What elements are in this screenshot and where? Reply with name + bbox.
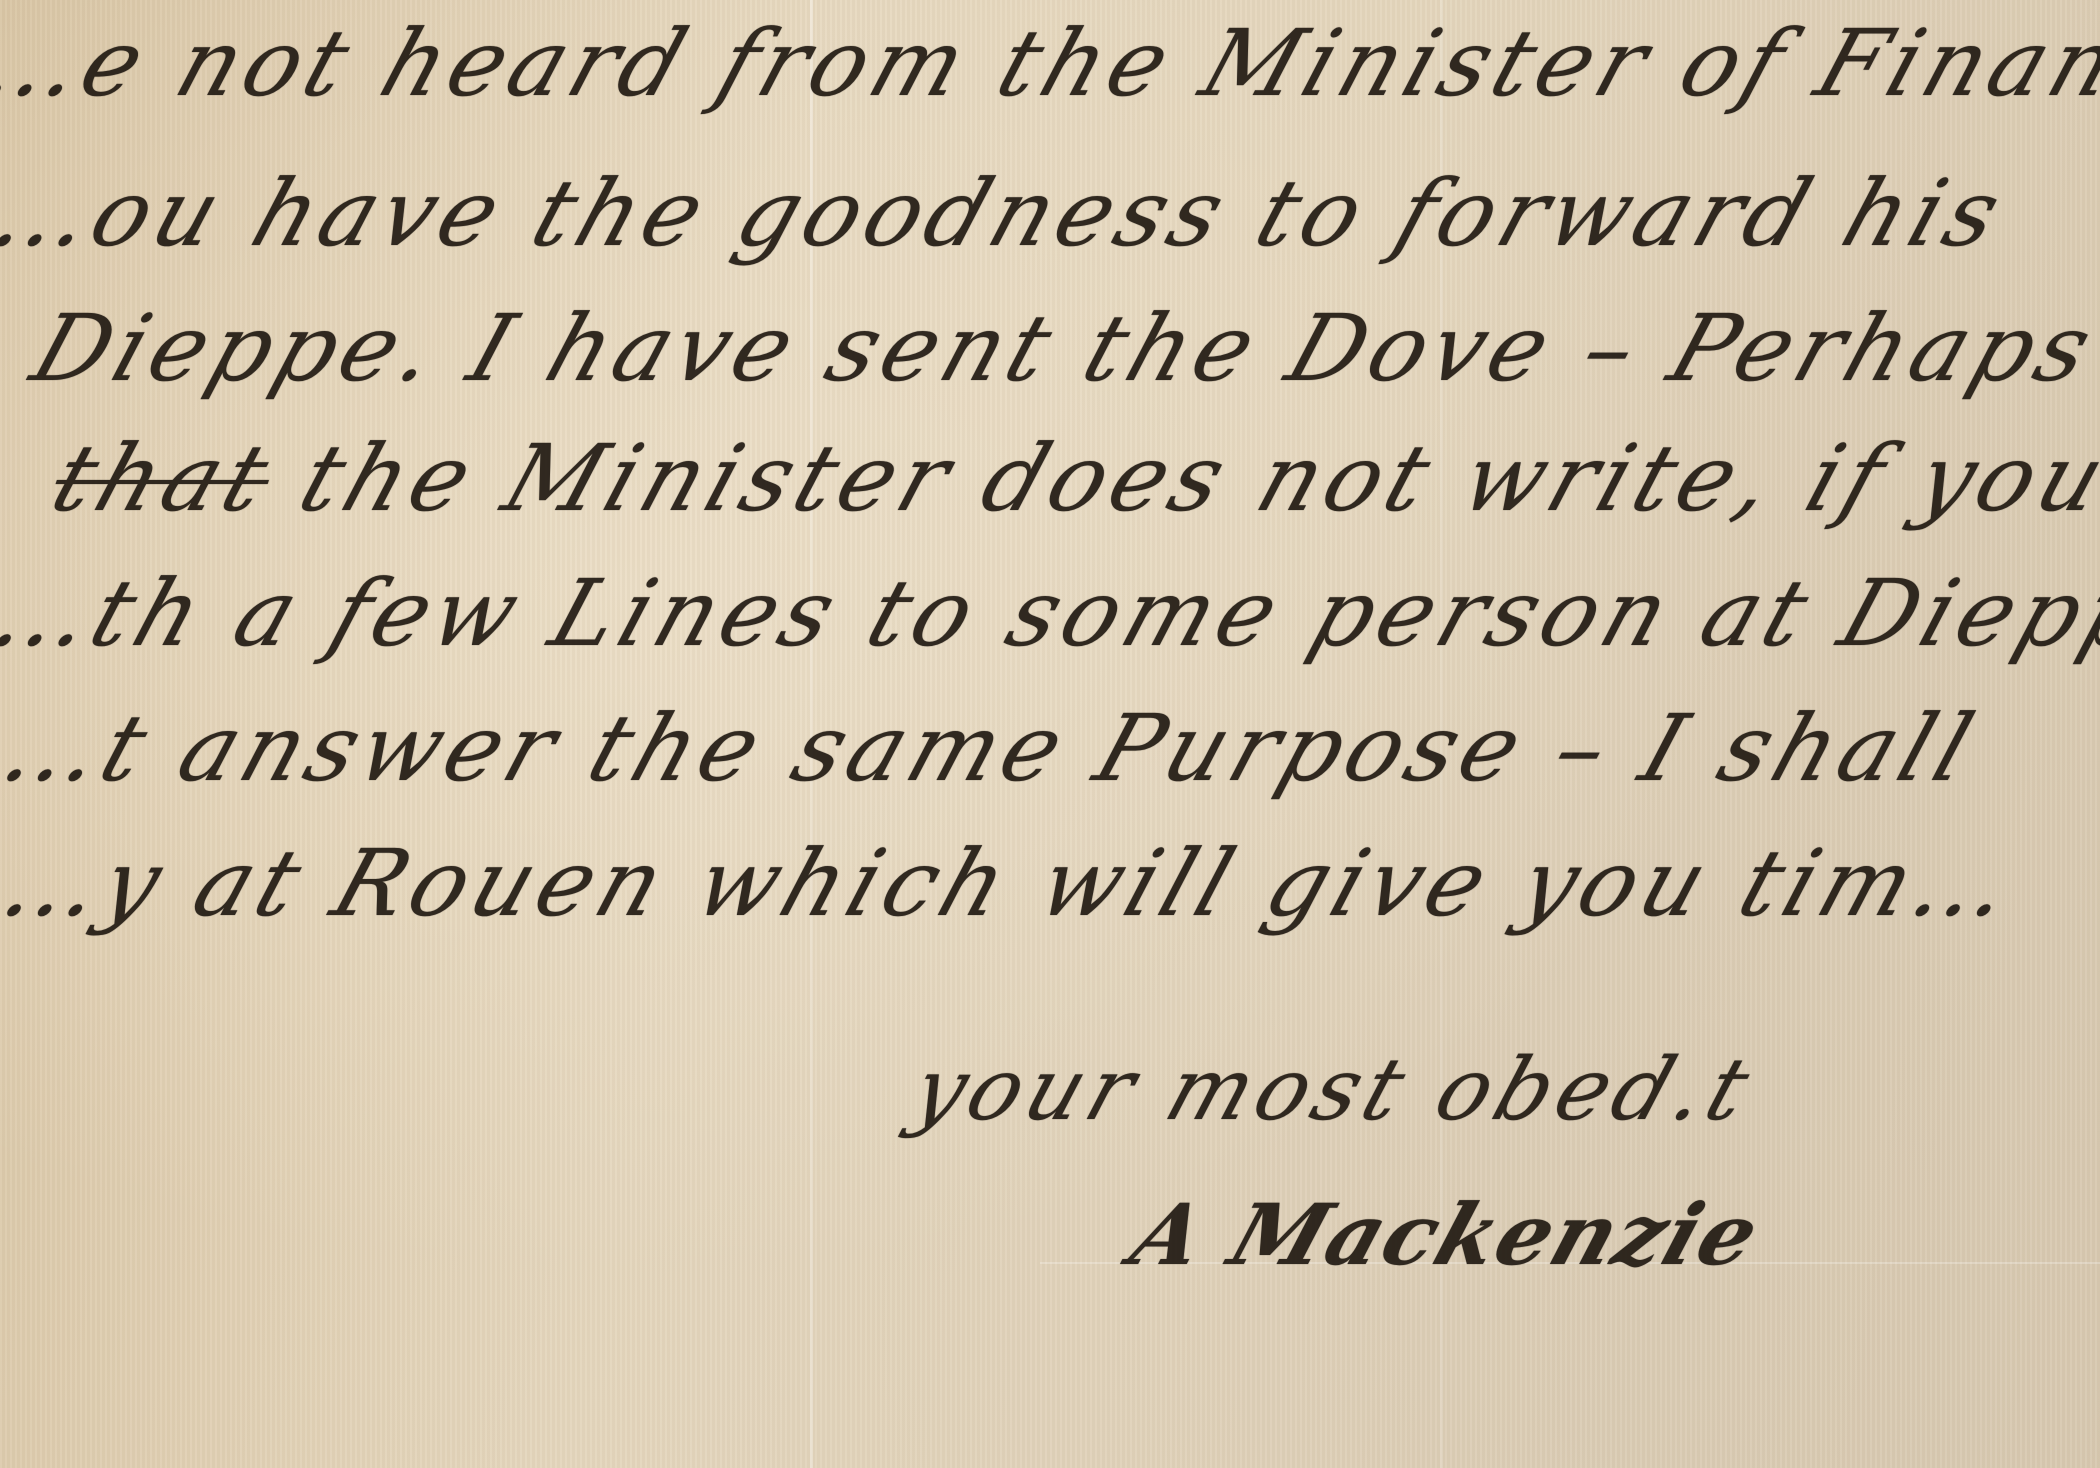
letter-line-6: …t answer the same Purpose – I shall	[0, 695, 1991, 802]
letter-line-4-text: the Minister does not write, if you	[252, 425, 2100, 532]
signature: A Mackenzie	[1120, 1185, 1773, 1284]
letter-line-3: Dieppe. I have sent the Dove – Perhaps	[20, 295, 2100, 402]
letter-line-1: …e not heard from the Minister of Financ…	[0, 10, 2100, 117]
struck-word: that	[40, 425, 287, 532]
handwritten-letter: …e not heard from the Minister of Financ…	[0, 0, 2100, 1468]
letter-line-7: …y at Rouen which will give you tim…	[0, 830, 2031, 937]
letter-line-5: …th a few Lines to some person at Diepp…	[0, 560, 2100, 667]
letter-closing: your most obed.t	[900, 1040, 1767, 1140]
letter-line-2: …ou have the goodness to forward his	[0, 160, 2019, 267]
letter-line-4: that the Minister does not write, if you	[40, 425, 2100, 532]
